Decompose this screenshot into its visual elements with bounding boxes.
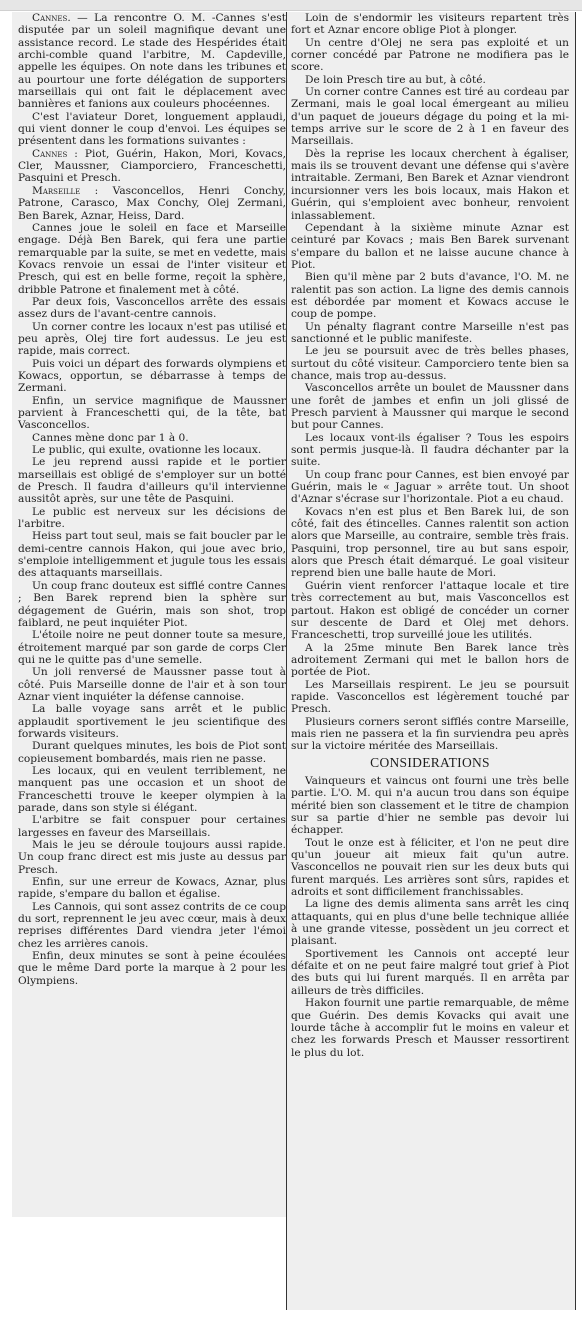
article-paragraph: Bien qu'il mène par 2 buts d'avance, l'O… <box>291 271 569 320</box>
article-paragraph: Les Cannois, qui sont assez contrits de … <box>18 901 286 950</box>
paragraph-text: L'arbitre se fait conspuer pour certaine… <box>18 814 286 838</box>
article-paragraph: Enfin, sur une erreur de Kowacs, Aznar, … <box>18 876 286 901</box>
paragraph-text: Un coup franc douteux est sifflé contre … <box>18 580 286 629</box>
article-paragraph: Un centre d'Olej ne sera pas exploité et… <box>291 37 569 74</box>
paragraph-text: Enfin, deux minutes se sont à peine écou… <box>18 950 286 987</box>
paragraph-text: Sportivement les Cannois ont accepté leu… <box>291 948 569 997</box>
article-paragraph: Enfin, deux minutes se sont à peine écou… <box>18 950 286 987</box>
article-column-right: Loin de s'endormir les visiteurs reparte… <box>286 12 576 1310</box>
article-paragraph: Un coup franc douteux est sifflé contre … <box>18 580 286 629</box>
article-paragraph: Le jeu reprend aussi rapide et le portie… <box>18 456 286 505</box>
paragraph-text: Un corner contre Cannes est tiré au cord… <box>291 86 569 147</box>
article-paragraph: Un corner contre Cannes est tiré au cord… <box>291 86 569 148</box>
article-paragraph: Dès la reprise les locaux cherchent à ég… <box>291 148 569 222</box>
paragraph-text: C'est l'aviateur Doret, longuement appla… <box>18 111 286 148</box>
paragraph-text: Les locaux vont-ils égaliser ? Tous les … <box>291 432 569 469</box>
paragraph-text: L'étoile noire ne peut donner toute sa m… <box>18 629 286 666</box>
paragraph-text: Dès la reprise les locaux cherchent à ég… <box>291 148 569 222</box>
paragraph-text: Hakon fournit une partie remarquable, de… <box>291 997 569 1058</box>
article-paragraph: De loin Presch tire au but, à côté. <box>291 74 569 86</box>
paragraph-text: Les Marseillais respirent. Le jeu se pou… <box>291 679 569 716</box>
article-paragraph: Loin de s'endormir les visiteurs reparte… <box>291 12 569 37</box>
paragraph-text: A la 25me minute Ben Barek lance très ad… <box>291 642 569 679</box>
paragraph-lead: Cannes <box>32 148 67 160</box>
article-paragraph: La ligne des demis alimenta sans arrêt l… <box>291 898 569 947</box>
paragraph-text: Tout le onze est à féliciter, et l'on ne… <box>291 837 569 898</box>
paragraph-text: Heiss part tout seul, mais se fait boucl… <box>18 530 286 579</box>
paragraph-text: Kovacs n'en est plus et Ben Barek lui, d… <box>291 506 569 580</box>
article-column-left: Cannes. — La rencontre O. M. -Cannes s'e… <box>12 12 291 1217</box>
paragraph-text: Un coup franc pour Cannes, est bien envo… <box>291 469 569 506</box>
paragraph-text: Puis voici un départ des forwards olympi… <box>18 358 286 395</box>
section-heading: CONSIDERATIONS <box>291 757 569 769</box>
paragraph-text: Un corner contre les locaux n'est pas ut… <box>18 321 286 358</box>
paragraph-text: La ligne des demis alimenta sans arrêt l… <box>291 898 569 947</box>
article-paragraph: C'est l'aviateur Doret, longuement appla… <box>18 111 286 148</box>
paragraph-text: Un centre d'Olej ne sera pas exploité et… <box>291 37 569 74</box>
paragraph-text: Vainqueurs et vaincus ont fourni une trè… <box>291 775 569 836</box>
paragraph-text: Un pénalty flagrant contre Marseille n'e… <box>291 321 569 345</box>
article-paragraph: Mais le jeu se déroule toujours aussi ra… <box>18 839 286 876</box>
article-paragraph: Durant quelques minutes, les bois de Pio… <box>18 740 286 765</box>
paragraph-text: Bien qu'il mène par 2 buts d'avance, l'O… <box>291 271 569 320</box>
paragraph-text: Le public est nerveux sur les décisions … <box>18 506 286 530</box>
article-paragraph: A la 25me minute Ben Barek lance très ad… <box>291 642 569 679</box>
article-paragraph: Kovacs n'en est plus et Ben Barek lui, d… <box>291 506 569 580</box>
article-paragraph: Cependant à la sixième minute Aznar est … <box>291 222 569 271</box>
article-paragraph: Cannes. — La rencontre O. M. -Cannes s'e… <box>18 12 286 111</box>
article-paragraph: Les Marseillais respirent. Le jeu se pou… <box>291 679 569 716</box>
paragraph-text: Le jeu se poursuit avec de très belles p… <box>291 345 569 382</box>
article-paragraph: L'étoile noire ne peut donner toute sa m… <box>18 629 286 666</box>
article-paragraph: Un corner contre les locaux n'est pas ut… <box>18 321 286 358</box>
paragraph-text: Vasconcellos arrête un boulet de Maussne… <box>291 382 569 431</box>
paragraph-text: Cannes joue le soleil en face et Marseil… <box>18 222 286 296</box>
paragraph-text: De loin Presch tire au but, à côté. <box>305 74 486 86</box>
paragraph-text: Les Cannois, qui sont assez contrits de … <box>18 901 286 950</box>
paragraph-text: Cependant à la sixième minute Aznar est … <box>291 222 569 271</box>
article-paragraph: Par deux fois, Vasconcellos arrête des e… <box>18 296 286 321</box>
article-paragraph: Les locaux vont-ils égaliser ? Tous les … <box>291 432 569 469</box>
article-paragraph: Hakon fournit une partie remarquable, de… <box>291 997 569 1059</box>
paragraph-text: Enfin, un service magnifique de Maussner… <box>18 395 286 432</box>
article-paragraph: Les locaux, qui en veulent terriblement,… <box>18 765 286 814</box>
paragraph-text: Cannes mène donc par 1 à 0. <box>32 432 189 444</box>
paragraph-text: Plusieurs corners seront sifflés contre … <box>291 716 569 753</box>
paragraph-text: Par deux fois, Vasconcellos arrête des e… <box>18 296 286 320</box>
paragraph-text: Mais le jeu se déroule toujours aussi ra… <box>18 839 286 876</box>
article-paragraph: Le jeu se poursuit avec de très belles p… <box>291 345 569 382</box>
paragraph-text: Enfin, sur une erreur de Kowacs, Aznar, … <box>18 876 286 900</box>
article-paragraph: Heiss part tout seul, mais se fait boucl… <box>18 530 286 579</box>
paragraph-lead: Cannes. <box>32 12 71 24</box>
article-paragraph: Sportivement les Cannois ont accepté leu… <box>291 948 569 997</box>
article-paragraph: Cannes joue le soleil en face et Marseil… <box>18 222 286 296</box>
article-paragraph: Plusieurs corners seront sifflés contre … <box>291 716 569 753</box>
paragraph-text: Un joli renversé de Maussner passe tout … <box>18 666 286 703</box>
article-paragraph: Le public, qui exulte, ovationne les loc… <box>18 444 286 456</box>
paragraph-lead: Marseille <box>32 185 80 197</box>
clipping-top-edge <box>0 0 582 11</box>
article-paragraph: Enfin, un service magnifique de Maussner… <box>18 395 286 432</box>
article-paragraph: La balle voyage sans arrêt et le public … <box>18 703 286 740</box>
article-paragraph: Cannes : Piot, Guérin, Hakon, Mori, Kova… <box>18 148 286 185</box>
article-paragraph: Le public est nerveux sur les décisions … <box>18 506 286 531</box>
paragraph-text: Les locaux, qui en veulent terriblement,… <box>18 765 286 814</box>
article-paragraph: Un pénalty flagrant contre Marseille n'e… <box>291 321 569 346</box>
article-paragraph: Vasconcellos arrête un boulet de Maussne… <box>291 382 569 431</box>
article-paragraph: Vainqueurs et vaincus ont fourni une trè… <box>291 775 569 837</box>
article-paragraph: Un joli renversé de Maussner passe tout … <box>18 666 286 703</box>
article-paragraph: Marseille : Vasconcellos, Henri Conchy, … <box>18 185 286 222</box>
paragraph-text: Durant quelques minutes, les bois de Pio… <box>18 740 286 764</box>
paragraph-text: Loin de s'endormir les visiteurs reparte… <box>291 12 569 36</box>
article-paragraph: Puis voici un départ des forwards olympi… <box>18 358 286 395</box>
article-paragraph: Un coup franc pour Cannes, est bien envo… <box>291 469 569 506</box>
article-paragraph: Tout le onze est à féliciter, et l'on ne… <box>291 837 569 899</box>
paragraph-text: — La rencontre O. M. -Cannes s'est dispu… <box>18 12 286 110</box>
paragraph-text: Le public, qui exulte, ovationne les loc… <box>32 444 261 456</box>
article-paragraph: Cannes mène donc par 1 à 0. <box>18 432 286 444</box>
article-paragraph: Guérin vient renforcer l'attaque locale … <box>291 580 569 642</box>
paragraph-text: La balle voyage sans arrêt et le public … <box>18 703 286 740</box>
paragraph-text: Le jeu reprend aussi rapide et le portie… <box>18 456 286 505</box>
article-paragraph: L'arbitre se fait conspuer pour certaine… <box>18 814 286 839</box>
paragraph-text: Guérin vient renforcer l'attaque locale … <box>291 580 569 641</box>
